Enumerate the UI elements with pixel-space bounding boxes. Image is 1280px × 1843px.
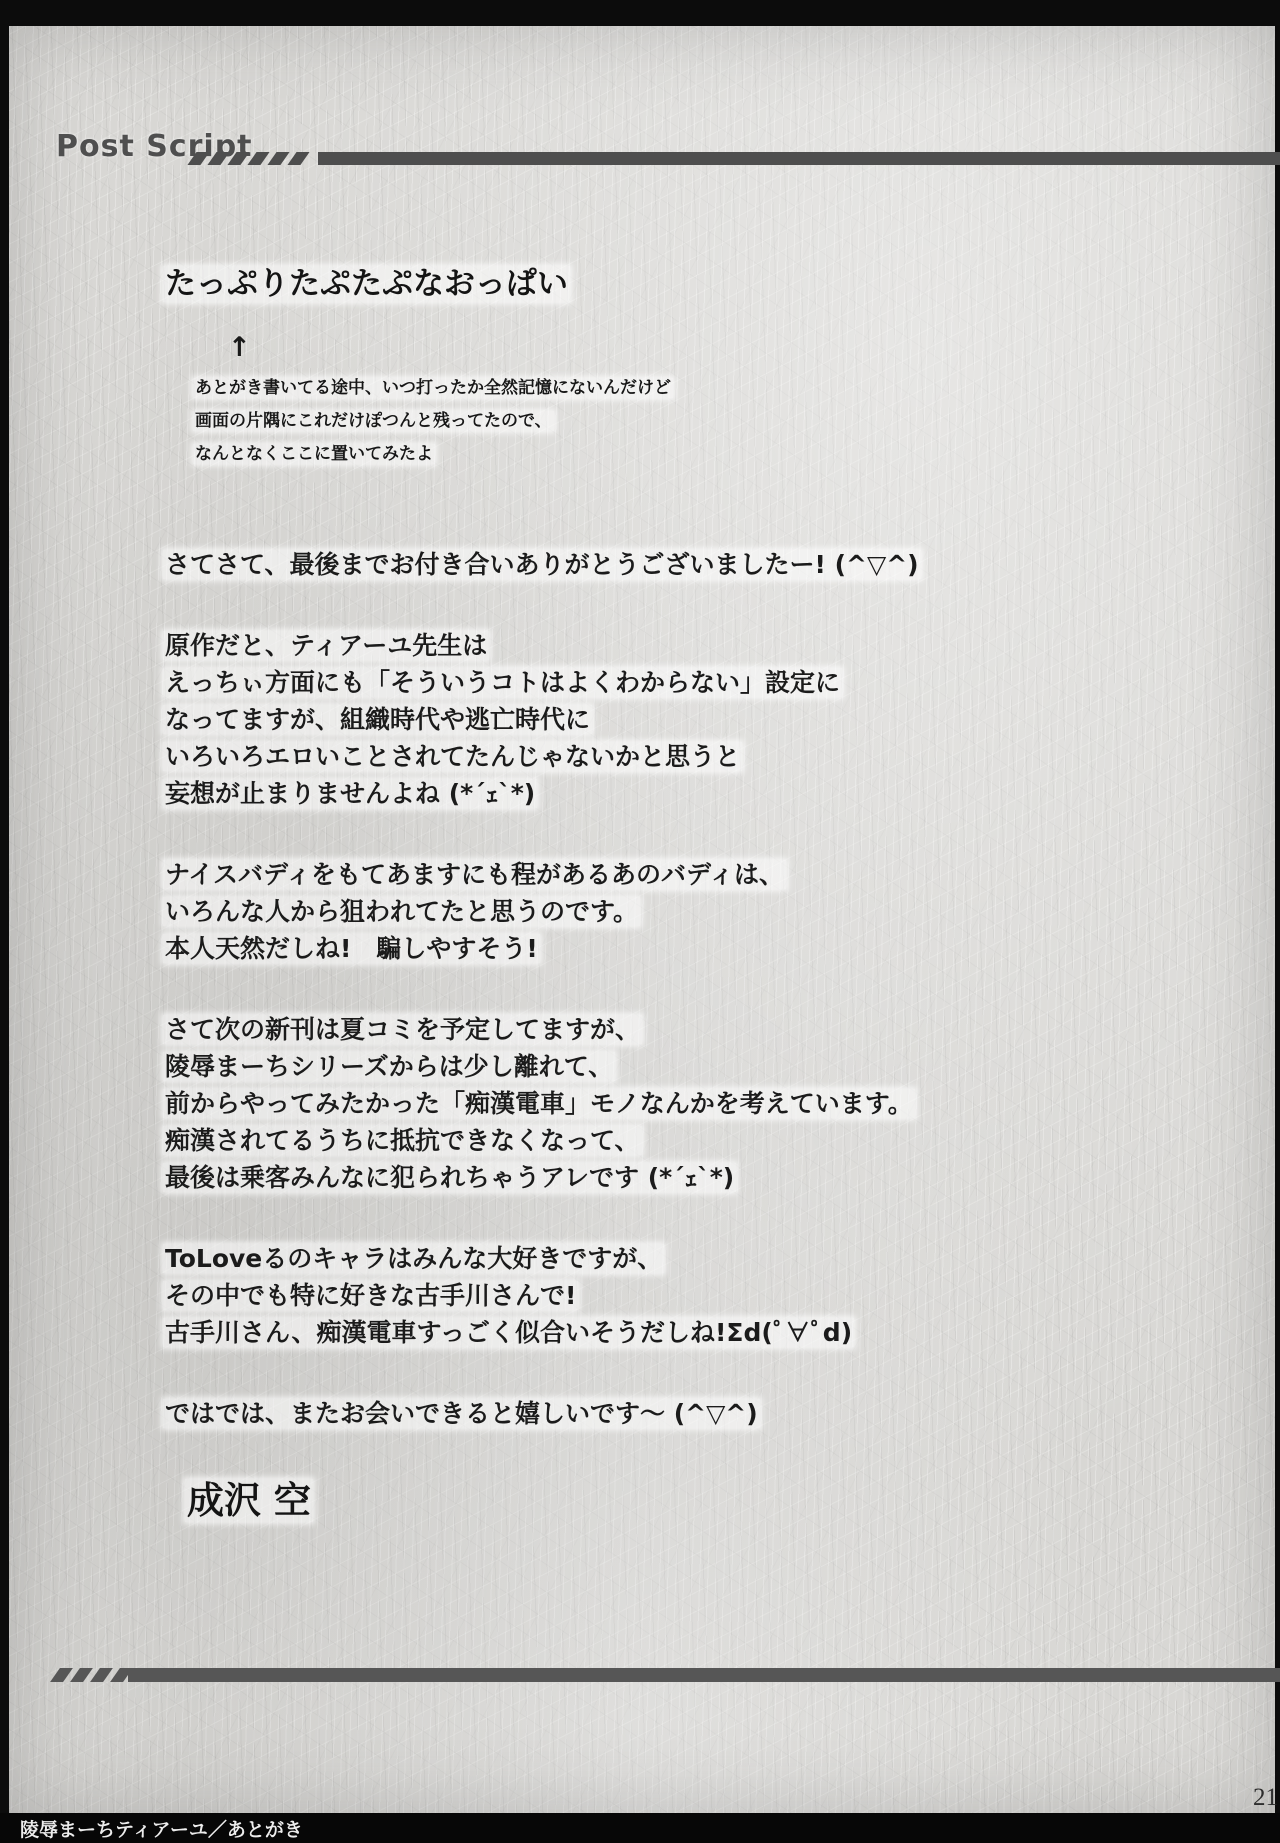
text-line: さて次の新刊は夏コミを予定してますが、 <box>163 1011 921 1048</box>
text-line: ではでは、またお会いできると嬉しいです～ (^▽^) <box>163 1395 921 1432</box>
paragraph: さて次の新刊は夏コミを予定してますが、 陵辱まーちシリーズからは少し離れて、 前… <box>163 1011 921 1196</box>
footer-rule-bar <box>128 1668 1280 1682</box>
paragraph: ToLoveるのキャラはみんな大好きですが、 その中でも特に好きな古手川さんで!… <box>163 1240 921 1351</box>
text-line: なってますが、組織時代や逃亡時代に <box>163 701 921 738</box>
header-rule-bar <box>318 152 1280 165</box>
text-line: 前からやってみたかった「痴漢電車」モノなんかを考えています。 <box>163 1085 921 1122</box>
slash-icon <box>267 152 289 165</box>
slash-icon <box>287 152 309 165</box>
text-line: ToLoveるのキャラはみんな大好きですが、 <box>163 1240 921 1277</box>
text-line: 陵辱まーちシリーズからは少し離れて、 <box>163 1048 921 1085</box>
annotation-line: 画面の片隅にこれだけぽつんと残ってたので、 <box>193 405 673 438</box>
text-line: 本人天然だしね! 騙しやすそう! <box>163 930 921 967</box>
paragraph: さてさて、最後までお付き合いありがとうございましたー! (^▽^) <box>163 546 921 583</box>
text-line: いろいろエロいことされてたんじゃないかと思うと <box>163 738 921 775</box>
paragraph: ナイスバディをもてあますにも程があるあのバディは、 いろんな人から狙われてたと思… <box>163 856 921 967</box>
text-line: 原作だと、ティアーユ先生は <box>163 627 921 664</box>
footer-bar: 陵辱まーちティアーユ／あとがき <box>0 1813 1280 1843</box>
slash-icon <box>247 152 269 165</box>
slash-icon <box>70 1668 93 1682</box>
text-line: その中でも特に好きな古手川さんで! <box>163 1277 921 1314</box>
text-line: いろんな人から狙われてたと思うのです。 <box>163 893 921 930</box>
slash-icon <box>227 152 249 165</box>
text-line: ナイスバディをもてあますにも程があるあのバディは、 <box>163 856 921 893</box>
paragraph: 原作だと、ティアーユ先生は えっちぃ方面にも「そういうコトはよくわからない」設定… <box>163 627 921 812</box>
slash-icon <box>207 152 229 165</box>
annotation-line: なんとなくここに置いてみたよ <box>193 438 673 471</box>
headline-label: たっぷりたぷたぷなおっぱい <box>163 266 570 302</box>
scanned-page: Post Script たっぷりたぷたぷなおっぱい ↑ あとがき書いてる途中、い… <box>0 0 1280 1843</box>
author-signature: 成沢 空 <box>185 1470 313 1524</box>
up-arrow-icon: ↑ <box>228 332 251 363</box>
text-line: えっちぃ方面にも「そういうコトはよくわからない」設定に <box>163 664 921 701</box>
slash-icon <box>90 1668 113 1682</box>
text-line: 古手川さん、痴漢電車すっごく似合いそうだしね!Σd(ﾟ∀ﾟd) <box>163 1314 921 1351</box>
header-slashes <box>192 152 312 165</box>
text-line: さてさて、最後までお付き合いありがとうございましたー! (^▽^) <box>163 546 921 583</box>
text-line: 最後は乗客みんなに犯られちゃうアレです (*´ｪ`*) <box>163 1159 921 1196</box>
headline-text: たっぷりたぷたぷなおっぱい <box>163 258 570 303</box>
page-number: 21 <box>1253 1784 1278 1812</box>
footer-label: 陵辱まーちティアーユ／あとがき <box>20 1815 303 1842</box>
text-line: 痴漢されてるうちに抵抗できなくなって、 <box>163 1122 921 1159</box>
annotation-line: あとがき書いてる途中、いつ打ったか全然記憶にないんだけど <box>193 372 673 405</box>
paragraph: ではでは、またお会いできると嬉しいです～ (^▽^) <box>163 1395 921 1432</box>
afterword-body: さてさて、最後までお付き合いありがとうございましたー! (^▽^) 原作だと、テ… <box>163 546 921 1476</box>
text-line: 妄想が止まりませんよね (*´ｪ`*) <box>163 775 921 812</box>
headline-annotation: あとがき書いてる途中、いつ打ったか全然記憶にないんだけど 画面の片隅にこれだけぽ… <box>193 372 673 471</box>
